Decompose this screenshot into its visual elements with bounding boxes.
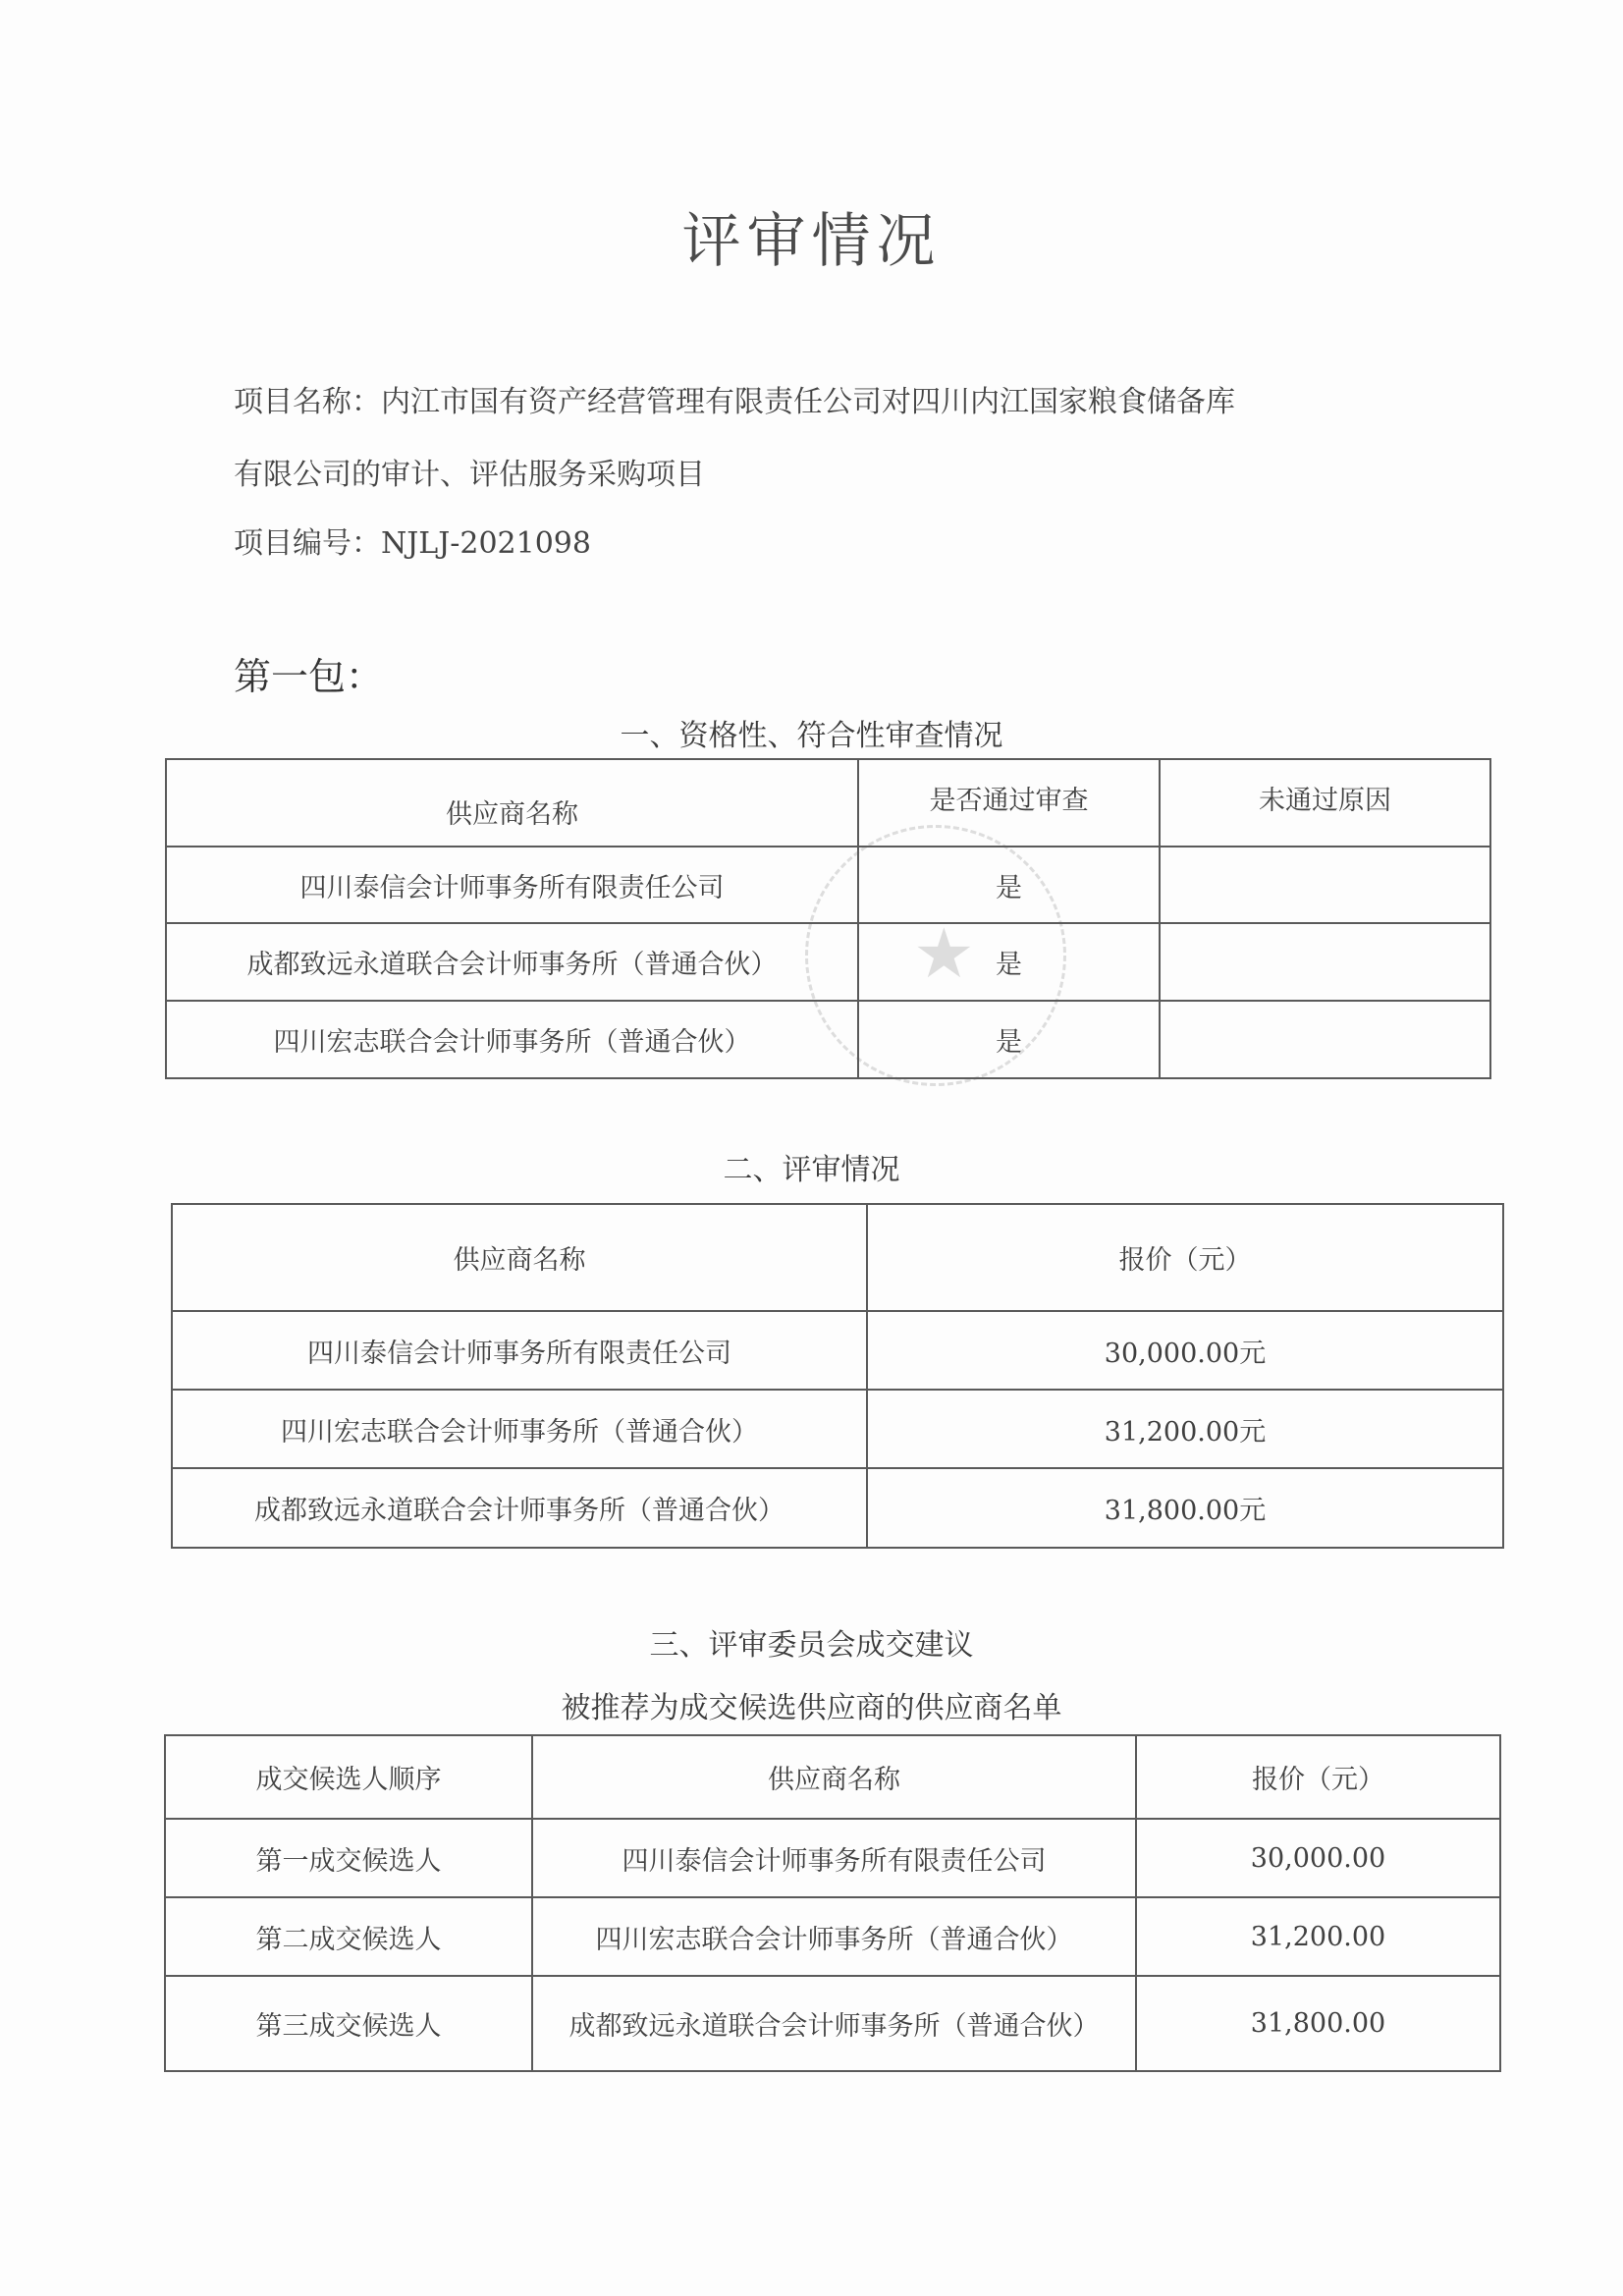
col-header-price: 报价（元） <box>867 1204 1503 1311</box>
passed-value: 是 <box>858 1001 1160 1078</box>
table-row: 四川宏志联合会计师事务所（普通合伙） 是 <box>166 1001 1490 1078</box>
rank-value: 第一成交候选人 <box>165 1819 532 1897</box>
price-value: 31,800.00 <box>1136 1976 1500 2071</box>
price-value: 30,000.00 <box>1136 1819 1500 1897</box>
table-row: 四川泰信会计师事务所有限责任公司 是 <box>166 847 1490 923</box>
price-value: 30,000.00元 <box>867 1311 1503 1390</box>
reason-value <box>1160 847 1490 923</box>
evaluation-table: 供应商名称 报价（元） 四川泰信会计师事务所有限责任公司 30,000.00元 … <box>171 1203 1504 1549</box>
reason-value <box>1160 1001 1490 1078</box>
price-value: 31,800.00元 <box>867 1468 1503 1548</box>
supplier-name: 四川宏志联合会计师事务所（普通合伙） <box>532 1897 1136 1976</box>
project-name-line2: 有限公司的审计、评估服务采购项目 <box>234 456 705 495</box>
table-header-row: 成交候选人顺序 供应商名称 报价（元） <box>165 1735 1500 1819</box>
table-row: 第三成交候选人 成都致远永道联合会计师事务所（普通合伙） 31,800.00 <box>165 1976 1500 2071</box>
supplier-name: 四川泰信会计师事务所有限责任公司 <box>166 847 858 923</box>
col-header-supplier: 供应商名称 <box>166 759 858 847</box>
passed-value: 是 <box>858 923 1160 1001</box>
supplier-name: 四川泰信会计师事务所有限责任公司 <box>172 1311 867 1390</box>
reason-value <box>1160 923 1490 1001</box>
table-header-row: 供应商名称 报价（元） <box>172 1204 1503 1311</box>
supplier-name: 四川宏志联合会计师事务所（普通合伙） <box>172 1390 867 1468</box>
table-header-row: 供应商名称 是否通过审查 未通过原因 <box>166 759 1490 847</box>
section1-heading: 一、资格性、符合性审查情况 <box>0 717 1623 756</box>
section3-subheading: 被推荐为成交候选供应商的供应商名单 <box>0 1689 1623 1728</box>
col-header-passed: 是否通过审查 <box>858 759 1160 847</box>
page-title: 评审情况 <box>0 206 1623 277</box>
passed-value: 是 <box>858 847 1160 923</box>
project-name-line1: 项目名称：内江市国有资产经营管理有限责任公司对四川内江国家粮食储备库 <box>234 383 1235 422</box>
qualification-table: 供应商名称 是否通过审查 未通过原因 四川泰信会计师事务所有限责任公司 是 成都… <box>165 758 1491 1079</box>
table-row: 成都致远永道联合会计师事务所（普通合伙） 31,800.00元 <box>172 1468 1503 1548</box>
supplier-name: 成都致远永道联合会计师事务所（普通合伙） <box>172 1468 867 1548</box>
col-header-rank: 成交候选人顺序 <box>165 1735 532 1819</box>
price-value: 31,200.00元 <box>867 1390 1503 1468</box>
recommendation-table: 成交候选人顺序 供应商名称 报价（元） 第一成交候选人 四川泰信会计师事务所有限… <box>164 1734 1501 2072</box>
price-value: 31,200.00 <box>1136 1897 1500 1976</box>
section3-heading: 三、评审委员会成交建议 <box>0 1626 1623 1666</box>
table-row: 四川泰信会计师事务所有限责任公司 30,000.00元 <box>172 1311 1503 1390</box>
rank-value: 第三成交候选人 <box>165 1976 532 2071</box>
package-label: 第一包： <box>234 654 383 699</box>
col-header-supplier: 供应商名称 <box>532 1735 1136 1819</box>
supplier-name: 四川宏志联合会计师事务所（普通合伙） <box>166 1001 858 1078</box>
project-number: 项目编号：NJLJ-2021098 <box>234 524 591 564</box>
table-row: 四川宏志联合会计师事务所（普通合伙） 31,200.00元 <box>172 1390 1503 1468</box>
supplier-name: 四川泰信会计师事务所有限责任公司 <box>532 1819 1136 1897</box>
table-row: 第一成交候选人 四川泰信会计师事务所有限责任公司 30,000.00 <box>165 1819 1500 1897</box>
rank-value: 第二成交候选人 <box>165 1897 532 1976</box>
col-header-price: 报价（元） <box>1136 1735 1500 1819</box>
supplier-name: 成都致远永道联合会计师事务所（普通合伙） <box>166 923 858 1001</box>
col-header-supplier: 供应商名称 <box>172 1204 867 1311</box>
table-row: 第二成交候选人 四川宏志联合会计师事务所（普通合伙） 31,200.00 <box>165 1897 1500 1976</box>
supplier-name: 成都致远永道联合会计师事务所（普通合伙） <box>532 1976 1136 2071</box>
table-row: 成都致远永道联合会计师事务所（普通合伙） 是 <box>166 923 1490 1001</box>
col-header-reason: 未通过原因 <box>1160 759 1490 847</box>
section2-heading: 二、评审情况 <box>0 1151 1623 1190</box>
